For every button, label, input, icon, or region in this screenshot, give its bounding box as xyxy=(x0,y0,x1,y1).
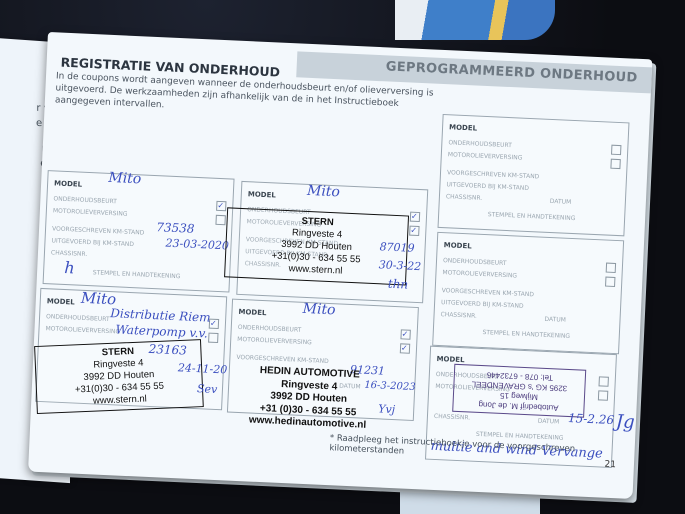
label-oil: MOTOROLIEVERVERSING xyxy=(45,325,120,335)
label-service: ONDERHOUDSBEURT xyxy=(46,313,110,323)
section-header-text: GEPROGRAMMEERD ONDERHOUD xyxy=(385,59,637,85)
label-date: DATUM xyxy=(550,198,572,206)
hedin-stamp: HEDIN AUTOMOTIVE Ringveste 4 3992 DD Hou… xyxy=(227,364,390,434)
handwritten-km: 73538 xyxy=(156,220,195,236)
label-date: DATUM xyxy=(538,418,560,426)
maintenance-page: GEPROGRAMMEERD ONDERHOUD REGISTRATIE VAN… xyxy=(28,32,652,499)
label-service: ONDERHOUDSBEURT xyxy=(443,257,507,267)
service-checkbox[interactable]: ✓ xyxy=(410,212,420,222)
handwritten-date: 15-2.26 xyxy=(568,411,615,427)
label-model: MODEL xyxy=(47,297,75,306)
label-actual-km: UITGEVOERD BIJ KM-STAND xyxy=(441,299,524,310)
coupon-empty: MODEL ONDERHOUDSBEURT MOTOROLIEVERVERSIN… xyxy=(432,232,624,354)
label-oil: MOTOROLIEVERVERSING xyxy=(53,207,128,217)
label-chassis: CHASSISNR. xyxy=(434,413,471,422)
service-checkbox[interactable] xyxy=(606,263,616,273)
blue-cloth xyxy=(395,0,555,40)
label-chassis: CHASSISNR. xyxy=(51,249,88,258)
label-model: MODEL xyxy=(444,241,472,250)
label-actual-km: UITGEVOERD BIJ KM-STAND xyxy=(446,181,529,192)
label-prescribed-km: VOORGESCHREVEN KM-STAND xyxy=(236,354,329,365)
label-prescribed-km: VOORGESCHREVEN KM-STAND xyxy=(447,169,540,180)
service-checkbox[interactable]: ✓ xyxy=(216,201,226,211)
handwritten-model: Mito xyxy=(307,183,341,200)
label-actual-km: UITGEVOERD BIJ KM-STAND xyxy=(51,237,134,248)
label-chassis: CHASSISNR. xyxy=(446,193,483,202)
label-chassis: CHASSISNR. xyxy=(440,311,477,320)
page-number: 21 xyxy=(604,460,616,471)
label-model: MODEL xyxy=(238,308,266,317)
oil-checkbox[interactable] xyxy=(215,215,225,225)
label-model: MODEL xyxy=(248,190,276,199)
handwritten-km: 87019 xyxy=(379,240,415,255)
handwritten-signature: thn xyxy=(388,277,409,292)
label-oil: MOTOROLIEVERVERSING xyxy=(442,269,517,279)
handwritten-model: Mito xyxy=(302,301,336,318)
handwritten-signature: Jg xyxy=(615,411,635,433)
label-oil: MOTOROLIEVERVERSING xyxy=(237,336,312,346)
handwritten-signature: h xyxy=(64,258,75,277)
coupon-4: MODEL ONDERHOUDSBEURT MOTOROLIEVERVERSIN… xyxy=(35,288,227,410)
label-signature: STEMPEL EN HANDTEKENING xyxy=(439,209,624,224)
handwritten-date: 30-3-22 xyxy=(378,258,421,273)
oil-checkbox[interactable]: ✓ xyxy=(400,343,410,353)
label-signature: STEMPEL EN HANDTEKENING xyxy=(434,327,619,342)
handwritten-signature: Yvj xyxy=(378,402,395,416)
oil-checkbox[interactable] xyxy=(610,159,620,169)
service-checkbox[interactable]: ✓ xyxy=(400,329,410,339)
handwritten-km: 23163 xyxy=(148,342,187,358)
coupon-3: MODEL ONDERHOUDSBEURT MOTOROLIEVERVERSIN… xyxy=(438,114,630,236)
coupon-5: MODEL ONDERHOUDSBEURT MOTOROLIEVERVERSIN… xyxy=(227,299,419,421)
coupon-2: MODEL ONDERHOUDSBEURT MOTOROLIEVERVERSIN… xyxy=(236,181,428,303)
service-checkbox[interactable] xyxy=(611,145,621,155)
label-service: ONDERHOUDSBEURT xyxy=(448,139,512,149)
de-jong-stamp: Autobedrijf M. de Jong Mijlweg 15 3295 K… xyxy=(452,364,586,418)
handwritten-date: 23-03-2020 xyxy=(165,237,229,253)
label-date: DATUM xyxy=(544,316,566,324)
handwritten-note: Waterpomp v.v. xyxy=(115,322,208,340)
oil-checkbox[interactable] xyxy=(208,333,218,343)
oil-checkbox[interactable]: ✓ xyxy=(409,226,419,236)
oil-checkbox[interactable] xyxy=(605,277,615,287)
label-service: ONDERHOUDSBEURT xyxy=(238,324,302,334)
label-prescribed-km: VOORGESCHREVEN KM-STAND xyxy=(442,287,535,298)
service-checkbox[interactable] xyxy=(598,376,608,386)
label-model: MODEL xyxy=(449,123,477,132)
label-oil: MOTOROLIEVERVERSING xyxy=(448,151,523,161)
handwritten-signature: Sev xyxy=(197,382,218,396)
label-model: MODEL xyxy=(54,179,82,188)
handwritten-date: 24-11-20 xyxy=(178,361,228,376)
handwritten-model: Mito xyxy=(108,170,142,187)
label-prescribed-km: VOORGESCHREVEN KM-STAND xyxy=(52,225,145,236)
label-model: MODEL xyxy=(436,355,464,364)
coupon-1: MODEL ONDERHOUDSBEURT MOTOROLIEVERVERSIN… xyxy=(43,170,235,292)
oil-checkbox[interactable] xyxy=(598,390,608,400)
label-service: ONDERHOUDSBEURT xyxy=(53,195,117,205)
